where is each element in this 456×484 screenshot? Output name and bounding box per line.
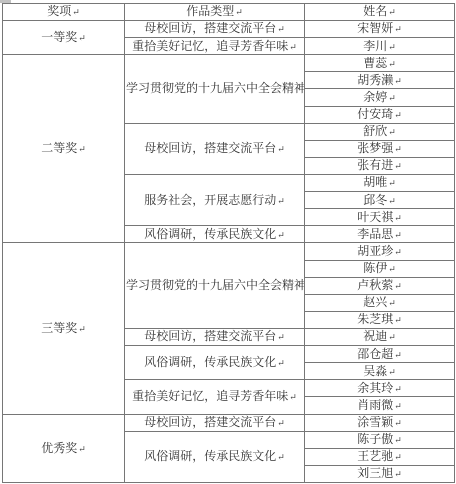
name-cell-text: 吴淼 (363, 364, 387, 378)
award-cell-text: 优秀奖 (41, 441, 77, 455)
paragraph-mark-icon: ↵ (78, 33, 86, 43)
type-cell-text: 重拾美好记忆，追寻芳香年味 (132, 39, 288, 53)
type-cell[interactable]: 学习贯彻党的十九届六中全会精神↵ (125, 243, 305, 329)
type-cell-text: 风俗调研，传承民族文化 (144, 449, 276, 463)
name-cell-text: 胡秀濑 (357, 73, 393, 87)
name-cell-text: 宋智妍 (357, 21, 393, 35)
name-cell[interactable]: 邱冬↵ (305, 192, 455, 209)
type-cell[interactable]: 母校回访，搭建交流平台↵ (125, 414, 305, 431)
paragraph-mark-icon: ↵ (388, 178, 396, 188)
paragraph-mark-icon: ↵ (394, 144, 402, 154)
type-cell[interactable]: 学习贯彻党的十九届六中全会精神↵ (125, 55, 305, 123)
paragraph-mark-icon: ↵ (388, 196, 396, 206)
paragraph-mark-icon: ↵ (394, 281, 402, 291)
paragraph-mark-icon: ↵ (394, 161, 402, 171)
name-cell-text: 余婷 (363, 90, 387, 104)
name-cell[interactable]: 陈子傲↵ (305, 431, 455, 448)
name-cell-text: 曹蕊 (363, 56, 387, 70)
name-cell-text: 胡唯 (363, 175, 387, 189)
type-cell-text: 学习贯彻党的十九届六中全会精神 (126, 81, 305, 95)
paragraph-mark-icon: ↵ (394, 76, 402, 86)
paragraph-mark-icon: ↵ (235, 7, 243, 17)
name-cell[interactable]: 刘三旭↵ (305, 465, 455, 482)
header-type-label: 作品类型 (186, 4, 234, 18)
paragraph-mark-icon: ↵ (394, 435, 402, 445)
name-cell[interactable]: 余其玲↵ (305, 380, 455, 397)
paragraph-mark-icon: ↵ (388, 298, 396, 308)
name-cell-text: 邵仓超 (357, 347, 393, 361)
paragraph-mark-icon: ↵ (394, 418, 402, 428)
paragraph-mark-icon: ↵ (394, 469, 402, 479)
type-cell-text: 服务社会，开展志愿行动 (144, 193, 276, 207)
award-cell-text: 三等奖 (41, 321, 77, 335)
paragraph-mark-icon: ↵ (388, 264, 396, 274)
paragraph-mark-icon: ↵ (78, 444, 86, 454)
type-cell-text: 母校回访，搭建交流平台 (144, 329, 276, 343)
paragraph-mark-icon: ↵ (394, 350, 402, 360)
header-award-label: 奖项 (47, 4, 71, 18)
paragraph-mark-icon: ↵ (394, 452, 402, 462)
paragraph-mark-icon: ↵ (72, 7, 80, 17)
award-cell[interactable]: 三等奖↵ (3, 243, 125, 414)
type-cell-text: 母校回访，搭建交流平台 (144, 141, 276, 155)
name-cell-text: 李品思 (357, 227, 393, 241)
name-cell[interactable]: 李川↵ (305, 38, 455, 55)
type-cell-text: 母校回访，搭建交流平台 (144, 415, 276, 429)
name-cell[interactable]: 曹蕊↵ (305, 55, 455, 72)
paragraph-mark-icon: ↵ (394, 213, 402, 223)
type-cell-text: 风俗调研，传承民族文化 (144, 227, 276, 241)
award-cell[interactable]: 一等奖↵ (3, 21, 125, 55)
name-cell[interactable]: 吴淼↵ (305, 363, 455, 380)
name-cell-text: 刘三旭 (357, 466, 393, 480)
name-cell[interactable]: 卢秋萦↵ (305, 277, 455, 294)
paragraph-mark-icon: ↵ (388, 367, 396, 377)
name-cell-text: 胡亚珍 (357, 244, 393, 258)
name-cell[interactable]: 朱芝琪↵ (305, 311, 455, 328)
name-cell-text: 叶天祺 (357, 210, 393, 224)
paragraph-mark-icon: ↵ (394, 401, 402, 411)
paragraph-mark-icon: ↵ (277, 332, 285, 342)
header-cell-name[interactable]: 姓名↵ (305, 4, 455, 21)
name-cell[interactable]: 胡唯↵ (305, 174, 455, 191)
table-header-row: 奖项↵ 作品类型↵ 姓名↵ (3, 4, 455, 21)
table-row: 优秀奖↵母校回访，搭建交流平台↵涂雪颖↵ (3, 414, 455, 431)
name-cell[interactable]: 叶天祺↵ (305, 209, 455, 226)
paragraph-mark-icon: ↵ (388, 93, 396, 103)
type-cell[interactable]: 风俗调研，传承民族文化↵ (125, 226, 305, 243)
name-cell-text: 舒欣 (363, 124, 387, 138)
paragraph-mark-icon: ↵ (388, 42, 396, 52)
name-cell-text: 赵兴 (363, 295, 387, 309)
paragraph-mark-icon: ↵ (277, 230, 285, 240)
type-cell-text: 母校回访，搭建交流平台 (144, 21, 276, 35)
paragraph-mark-icon: ↵ (388, 127, 396, 137)
type-cell-text: 重拾美好记忆，追寻芳香年味 (132, 389, 288, 403)
name-cell[interactable]: 张有进↵ (305, 157, 455, 174)
page-corner-artifact (0, 0, 11, 3)
name-cell[interactable]: 舒欣↵ (305, 123, 455, 140)
type-cell[interactable]: 母校回访，搭建交流平台↵ (125, 328, 305, 345)
name-cell[interactable]: 肖雨微↵ (305, 397, 455, 414)
award-cell-text: 一等奖 (41, 30, 77, 44)
name-cell-text: 邱冬 (363, 193, 387, 207)
header-name-label: 姓名 (363, 4, 387, 18)
type-cell[interactable]: 风俗调研，传承民族文化↵ (125, 431, 305, 482)
name-cell-text: 王艺驰 (357, 449, 393, 463)
name-cell[interactable]: 涂雪颖↵ (305, 414, 455, 431)
paragraph-mark-icon: ↵ (394, 230, 402, 240)
type-cell[interactable]: 服务社会，开展志愿行动↵ (125, 174, 305, 225)
type-cell[interactable]: 重拾美好记忆，追寻芳香年味↵ (125, 38, 305, 55)
award-cell-text: 二等奖 (41, 141, 77, 155)
paragraph-mark-icon: ↵ (277, 196, 285, 206)
paragraph-mark-icon: ↵ (388, 59, 396, 69)
table-row: 二等奖↵学习贯彻党的十九届六中全会精神↵曹蕊↵ (3, 55, 455, 72)
name-cell[interactable]: 陈伊↵ (305, 260, 455, 277)
name-cell-text: 张梦强 (357, 141, 393, 155)
name-cell-text: 余其玲 (357, 381, 393, 395)
name-cell-text: 涂雪颖 (357, 415, 393, 429)
paragraph-mark-icon: ↵ (277, 418, 285, 428)
name-cell[interactable]: 赵兴↵ (305, 294, 455, 311)
paragraph-mark-icon: ↵ (394, 110, 402, 120)
paragraph-mark-icon: ↵ (289, 42, 297, 52)
paragraph-mark-icon: ↵ (388, 332, 396, 342)
paragraph-mark-icon: ↵ (277, 358, 285, 368)
type-cell[interactable]: 母校回访，搭建交流平台↵ (125, 21, 305, 38)
paragraph-mark-icon: ↵ (277, 452, 285, 462)
name-cell-text: 肖雨微 (357, 398, 393, 412)
paragraph-mark-icon: ↵ (388, 7, 396, 17)
name-cell[interactable]: 付安琦↵ (305, 106, 455, 123)
paragraph-mark-icon: ↵ (277, 144, 285, 154)
name-cell-text: 陈伊 (363, 261, 387, 275)
header-cell-award[interactable]: 奖项↵ (3, 4, 125, 21)
paragraph-mark-icon: ↵ (394, 24, 402, 34)
name-cell[interactable]: 王艺驰↵ (305, 448, 455, 465)
header-cell-type[interactable]: 作品类型↵ (125, 4, 305, 21)
award-cell[interactable]: 二等奖↵ (3, 55, 125, 243)
paragraph-mark-icon: ↵ (394, 384, 402, 394)
awards-table-body: 一等奖↵母校回访，搭建交流平台↵宋智妍↵重拾美好记忆，追寻芳香年味↵李川↵二等奖… (3, 21, 455, 483)
award-cell[interactable]: 优秀奖↵ (3, 414, 125, 482)
awards-table: 奖项↵ 作品类型↵ 姓名↵ 一等奖↵母校回访，搭建交流平台↵宋智妍↵重拾美好记忆… (2, 3, 455, 483)
table-row: 一等奖↵母校回访，搭建交流平台↵宋智妍↵ (3, 21, 455, 38)
paragraph-mark-icon: ↵ (289, 392, 297, 402)
name-cell[interactable]: 张梦强↵ (305, 140, 455, 157)
name-cell-text: 李川 (363, 39, 387, 53)
name-cell[interactable]: 祝迪↵ (305, 328, 455, 345)
table-row: 三等奖↵学习贯彻党的十九届六中全会精神↵胡亚珍↵ (3, 243, 455, 260)
type-cell[interactable]: 母校回访，搭建交流平台↵ (125, 123, 305, 174)
type-cell[interactable]: 重拾美好记忆，追寻芳香年味↵ (125, 380, 305, 414)
type-cell[interactable]: 风俗调研，传承民族文化↵ (125, 346, 305, 380)
paragraph-mark-icon: ↵ (78, 324, 86, 334)
name-cell[interactable]: 邵仓超↵ (305, 346, 455, 363)
name-cell[interactable]: 胡秀濑↵ (305, 72, 455, 89)
name-cell[interactable]: 胡亚珍↵ (305, 243, 455, 260)
name-cell-text: 陈子傲 (357, 432, 393, 446)
name-cell-text: 祝迪 (363, 329, 387, 343)
name-cell-text: 张有进 (357, 158, 393, 172)
name-cell-text: 卢秋萦 (357, 278, 393, 292)
type-cell-text: 风俗调研，传承民族文化 (144, 355, 276, 369)
paragraph-mark-icon: ↵ (78, 144, 86, 154)
type-cell-text: 学习贯彻党的十九届六中全会精神 (126, 278, 305, 292)
name-cell-text: 朱芝琪 (357, 312, 393, 326)
paragraph-mark-icon: ↵ (394, 315, 402, 325)
name-cell[interactable]: 李品思↵ (305, 226, 455, 243)
paragraph-mark-icon: ↵ (394, 247, 402, 257)
name-cell-text: 付安琦 (357, 107, 393, 121)
paragraph-mark-icon: ↵ (277, 24, 285, 34)
name-cell[interactable]: 宋智妍↵ (305, 21, 455, 38)
name-cell[interactable]: 余婷↵ (305, 89, 455, 106)
